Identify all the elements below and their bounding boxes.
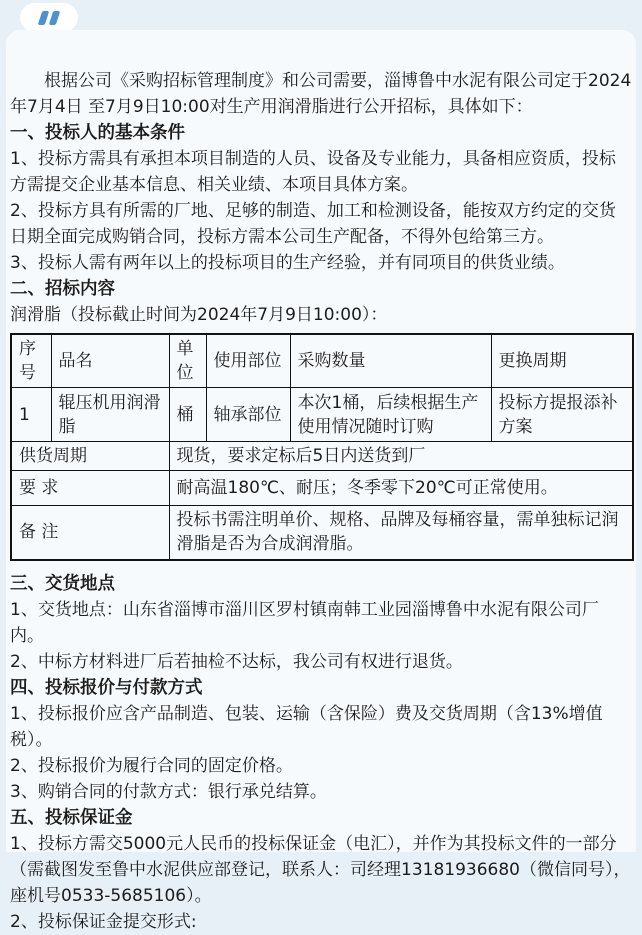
table-header-cell: 更换周期 (491, 334, 633, 388)
paragraph: 1、投标报价应含产品制造、包装、运输（含保险）费及交货周期（含13%增值税）。 (10, 701, 632, 753)
table-header-cell: 单位 (169, 334, 206, 388)
paragraph: 2、投标方具有所需的厂地、足够的制造、加工和检测设备，能按双方约定的交货日期全面… (10, 198, 632, 250)
quote-icon (20, 3, 78, 32)
paragraph: 1、交货地点：山东省淄博市淄川区罗村镇南韩工业园淄博鲁中水泥有限公司厂内。 (10, 597, 632, 649)
table-header-cell: 采购数量 (290, 334, 491, 388)
paragraph: 2、中标方材料进厂后若抽检不达标，我公司有权进行退货。 (10, 649, 632, 675)
table-label-cell: 要 求 (11, 471, 169, 506)
table-label-cell: 备 注 (11, 506, 169, 560)
section1-heading: 一、投标人的基本条件 (10, 120, 632, 146)
table-row: 要 求 耐高温180℃、耐压；冬季零下20℃可正常使用。 (11, 471, 633, 506)
intro-paragraph: 根据公司《采购招标管理制度》和公司需要，淄博鲁中水泥有限公司定于2024年7月4… (10, 68, 632, 120)
table-cell: 桶 (169, 388, 206, 442)
table-label-cell: 供货周期 (11, 442, 169, 471)
paragraph: 3、购销合同的付款方式：银行承兑结算。 (10, 779, 632, 805)
section4-heading: 四、投标报价与付款方式 (10, 675, 632, 701)
table-header-cell: 品名 (51, 334, 169, 388)
table-cell: 投标方提报添补方案 (491, 388, 633, 442)
table-cell: 耐高温180℃、耐压；冬季零下20℃可正常使用。 (169, 471, 633, 506)
table-cell: 辊压机用润滑脂 (51, 388, 169, 442)
paragraph: 3、投标人需有两年以上的投标项目的生产经验，并有同项目的供货业绩。 (10, 250, 632, 276)
article-card: 根据公司《采购招标管理制度》和公司需要，淄博鲁中水泥有限公司定于2024年7月4… (6, 30, 636, 852)
table-header-row: 序号 品名 单位 使用部位 采购数量 更换周期 (11, 334, 633, 388)
section5-heading: 五、投标保证金 (10, 805, 632, 831)
table-cell: 1 (11, 388, 51, 442)
table-header-cell: 序号 (11, 334, 51, 388)
table-cell: 投标书需注明单价、规格、品牌及每桶容量，需单独标记润滑脂是否为合成润滑脂。 (169, 506, 633, 560)
table-header-cell: 使用部位 (206, 334, 290, 388)
table-cell: 轴承部位 (206, 388, 290, 442)
quote-bar-icon (38, 11, 50, 25)
paragraph: 1、投标方需具有承担本项目制造的人员、设备及专业能力，具备相应资质，投标方需提交… (10, 146, 632, 198)
paragraph: 2、投标报价为履行合同的固定价格。 (10, 753, 632, 779)
document-body: 根据公司《采购招标管理制度》和公司需要，淄博鲁中水泥有限公司定于2024年7月4… (10, 40, 632, 852)
table-row: 供货周期 现货，要求定标后5日内送货到厂 (11, 442, 633, 471)
table-row: 1 辊压机用润滑脂 桶 轴承部位 本次1桶，后续根据生产使用情况随时订购 投标方… (11, 388, 633, 442)
paragraph: 1、投标方需交5000元人民币的投标保证金（电汇），并作为其投标文件的一部分（需… (10, 831, 632, 853)
table-cell: 本次1桶，后续根据生产使用情况随时订购 (290, 388, 491, 442)
table-cell: 现货，要求定标后5日内送货到厂 (169, 442, 633, 471)
section2-heading: 二、招标内容 (10, 276, 632, 302)
table-row: 备 注 投标书需注明单价、规格、品牌及每桶容量，需单独标记润滑脂是否为合成润滑脂… (11, 506, 633, 560)
section3-heading: 三、交货地点 (10, 571, 632, 597)
bid-table: 序号 品名 单位 使用部位 采购数量 更换周期 1 辊压机用润滑脂 桶 轴承部位… (10, 333, 634, 561)
quote-bar-icon (49, 11, 61, 25)
table-lead-paragraph: 润滑脂（投标截止时间为2024年7月9日10:00）： (10, 302, 632, 328)
